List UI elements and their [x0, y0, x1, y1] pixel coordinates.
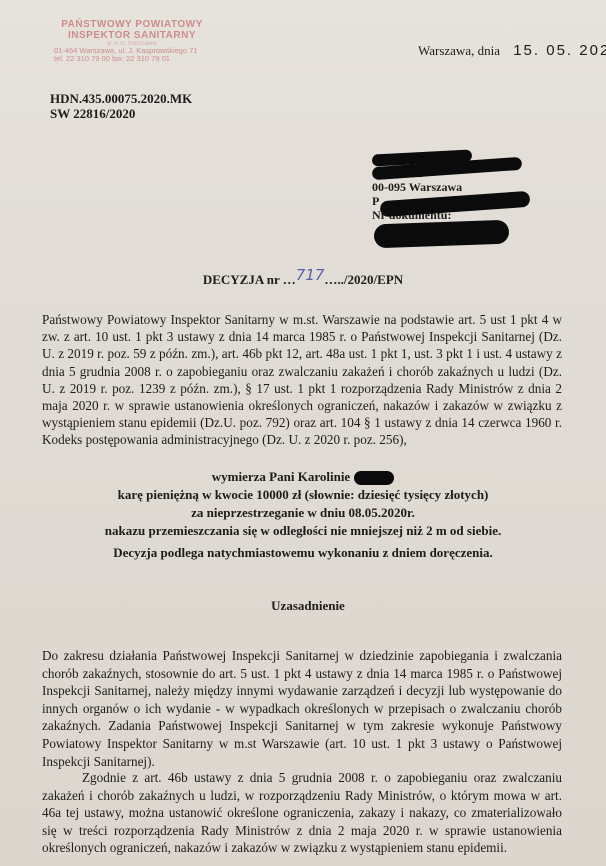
- sw-number: SW 22816/2020: [50, 106, 192, 121]
- execution-note: Decyzja podlega natychmiastowemu wykonan…: [0, 545, 606, 561]
- verdict-line-3: za nieprzestrzeganie w dniu 08.05.2020r.: [0, 504, 606, 522]
- recipient-postal-city: 00-095 Warszawa: [372, 180, 602, 194]
- stamp-phone-fax: tel. 22 310 79 00 fax: 22 310 79 01: [52, 55, 212, 63]
- reference-block: HDN.435.00075.2020.MK SW 22816/2020: [50, 91, 192, 121]
- decision-title: DECYZJA nr …717…../2020/EPN: [0, 270, 606, 288]
- verdict-addressee: wymierza Pani Karolinie: [212, 469, 350, 484]
- legal-basis-paragraph: Państwowy Powiatowy Inspektor Sanitarny …: [42, 311, 562, 449]
- issue-date: Warszawa, dnia 15. 05. 2020: [418, 42, 606, 59]
- decision-dots: …: [283, 272, 296, 287]
- decision-number: 717: [296, 266, 325, 284]
- inspectorate-stamp: PAŃSTWOWY POWIATOWY INSPEKTOR SANITARNY …: [52, 20, 212, 63]
- verdict-line-2: karę pieniężną w kwocie 10000 zł (słowni…: [0, 486, 606, 504]
- justification-heading: Uzasadnienie: [0, 598, 606, 614]
- decision-suffix: …../2020/EPN: [324, 272, 403, 287]
- verdict-block: wymierza Pani Karolinie karę pieniężną w…: [0, 468, 606, 540]
- justification-paragraph-2: Zgodnie z art. 46b ustawy z dnia 5 grudn…: [42, 769, 562, 857]
- verdict-line-1: wymierza Pani Karolinie: [0, 468, 606, 486]
- stamp-line-1: PAŃSTWOWY POWIATOWY: [52, 20, 212, 31]
- decision-document-page: PAŃSTWOWY POWIATOWY INSPEKTOR SANITARNY …: [0, 0, 606, 866]
- stamp-line-3: w m.st. Warszawie: [52, 41, 212, 47]
- decision-prefix: DECYZJA nr: [203, 272, 283, 287]
- justification-paragraph-1: Do zakresu działania Państwowej Inspekcj…: [42, 647, 562, 770]
- stamp-line-2: INSPEKTOR SANITARNY: [52, 31, 212, 42]
- date-value: 15. 05. 2020: [513, 42, 606, 59]
- redaction-mark: [354, 471, 394, 485]
- verdict-line-4: nakazu przemieszczania się w odległości …: [0, 522, 606, 540]
- redaction-mark: [374, 220, 510, 249]
- date-label: Warszawa, dnia: [418, 43, 500, 58]
- case-number: HDN.435.00075.2020.MK: [50, 91, 192, 106]
